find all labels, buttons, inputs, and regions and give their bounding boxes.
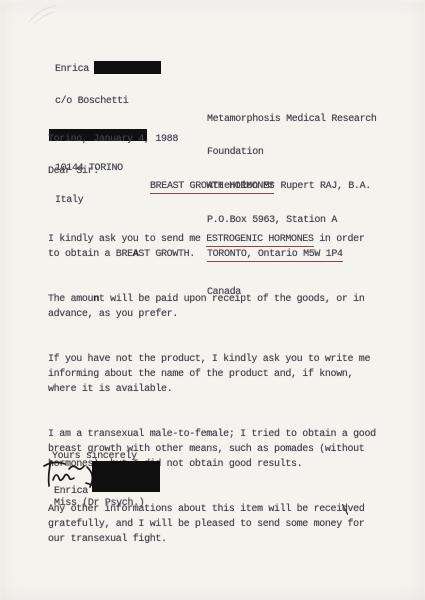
paragraph-2: The amount will be paid upon receipt of …: [48, 292, 403, 322]
redaction-box-sender-surname: [94, 61, 161, 74]
paragraph-1: I kindly ask you to send me ESTROGENIC H…: [48, 232, 403, 262]
sender-name-line: Enrica: [55, 61, 161, 76]
subject-text: BREAST GROWTH HORMONES: [150, 181, 274, 194]
sender-care-of-line: c/o Boschetti: [55, 97, 161, 108]
recipient-org-line-1: Metamorphosis Medical Research: [207, 114, 377, 125]
subject-line: BREAST GROWTH HORMONES: [150, 181, 274, 192]
corner-smudge-mark: [26, 2, 70, 26]
sender-name: Enrica: [55, 64, 89, 75]
salutation: Dear Sir:: [48, 166, 99, 177]
date-line: Torino, January 4, 1988: [48, 134, 178, 145]
typed-signature-name: Enrica: [54, 486, 88, 497]
letter-page: Enrica c/o Boschetti 10144 TORINO Italy …: [0, 0, 425, 600]
sender-country-line: Italy: [55, 196, 161, 207]
letter-body: I kindly ask you to send me ESTROGENIC H…: [48, 210, 403, 577]
signer-title-line: Miss (Dr Psych.): [54, 498, 144, 509]
redaction-box-signature: [92, 461, 160, 492]
recipient-org-line-2: Foundation: [207, 147, 377, 158]
paragraph-3: If you have not the product, I kindly as…: [48, 352, 403, 397]
